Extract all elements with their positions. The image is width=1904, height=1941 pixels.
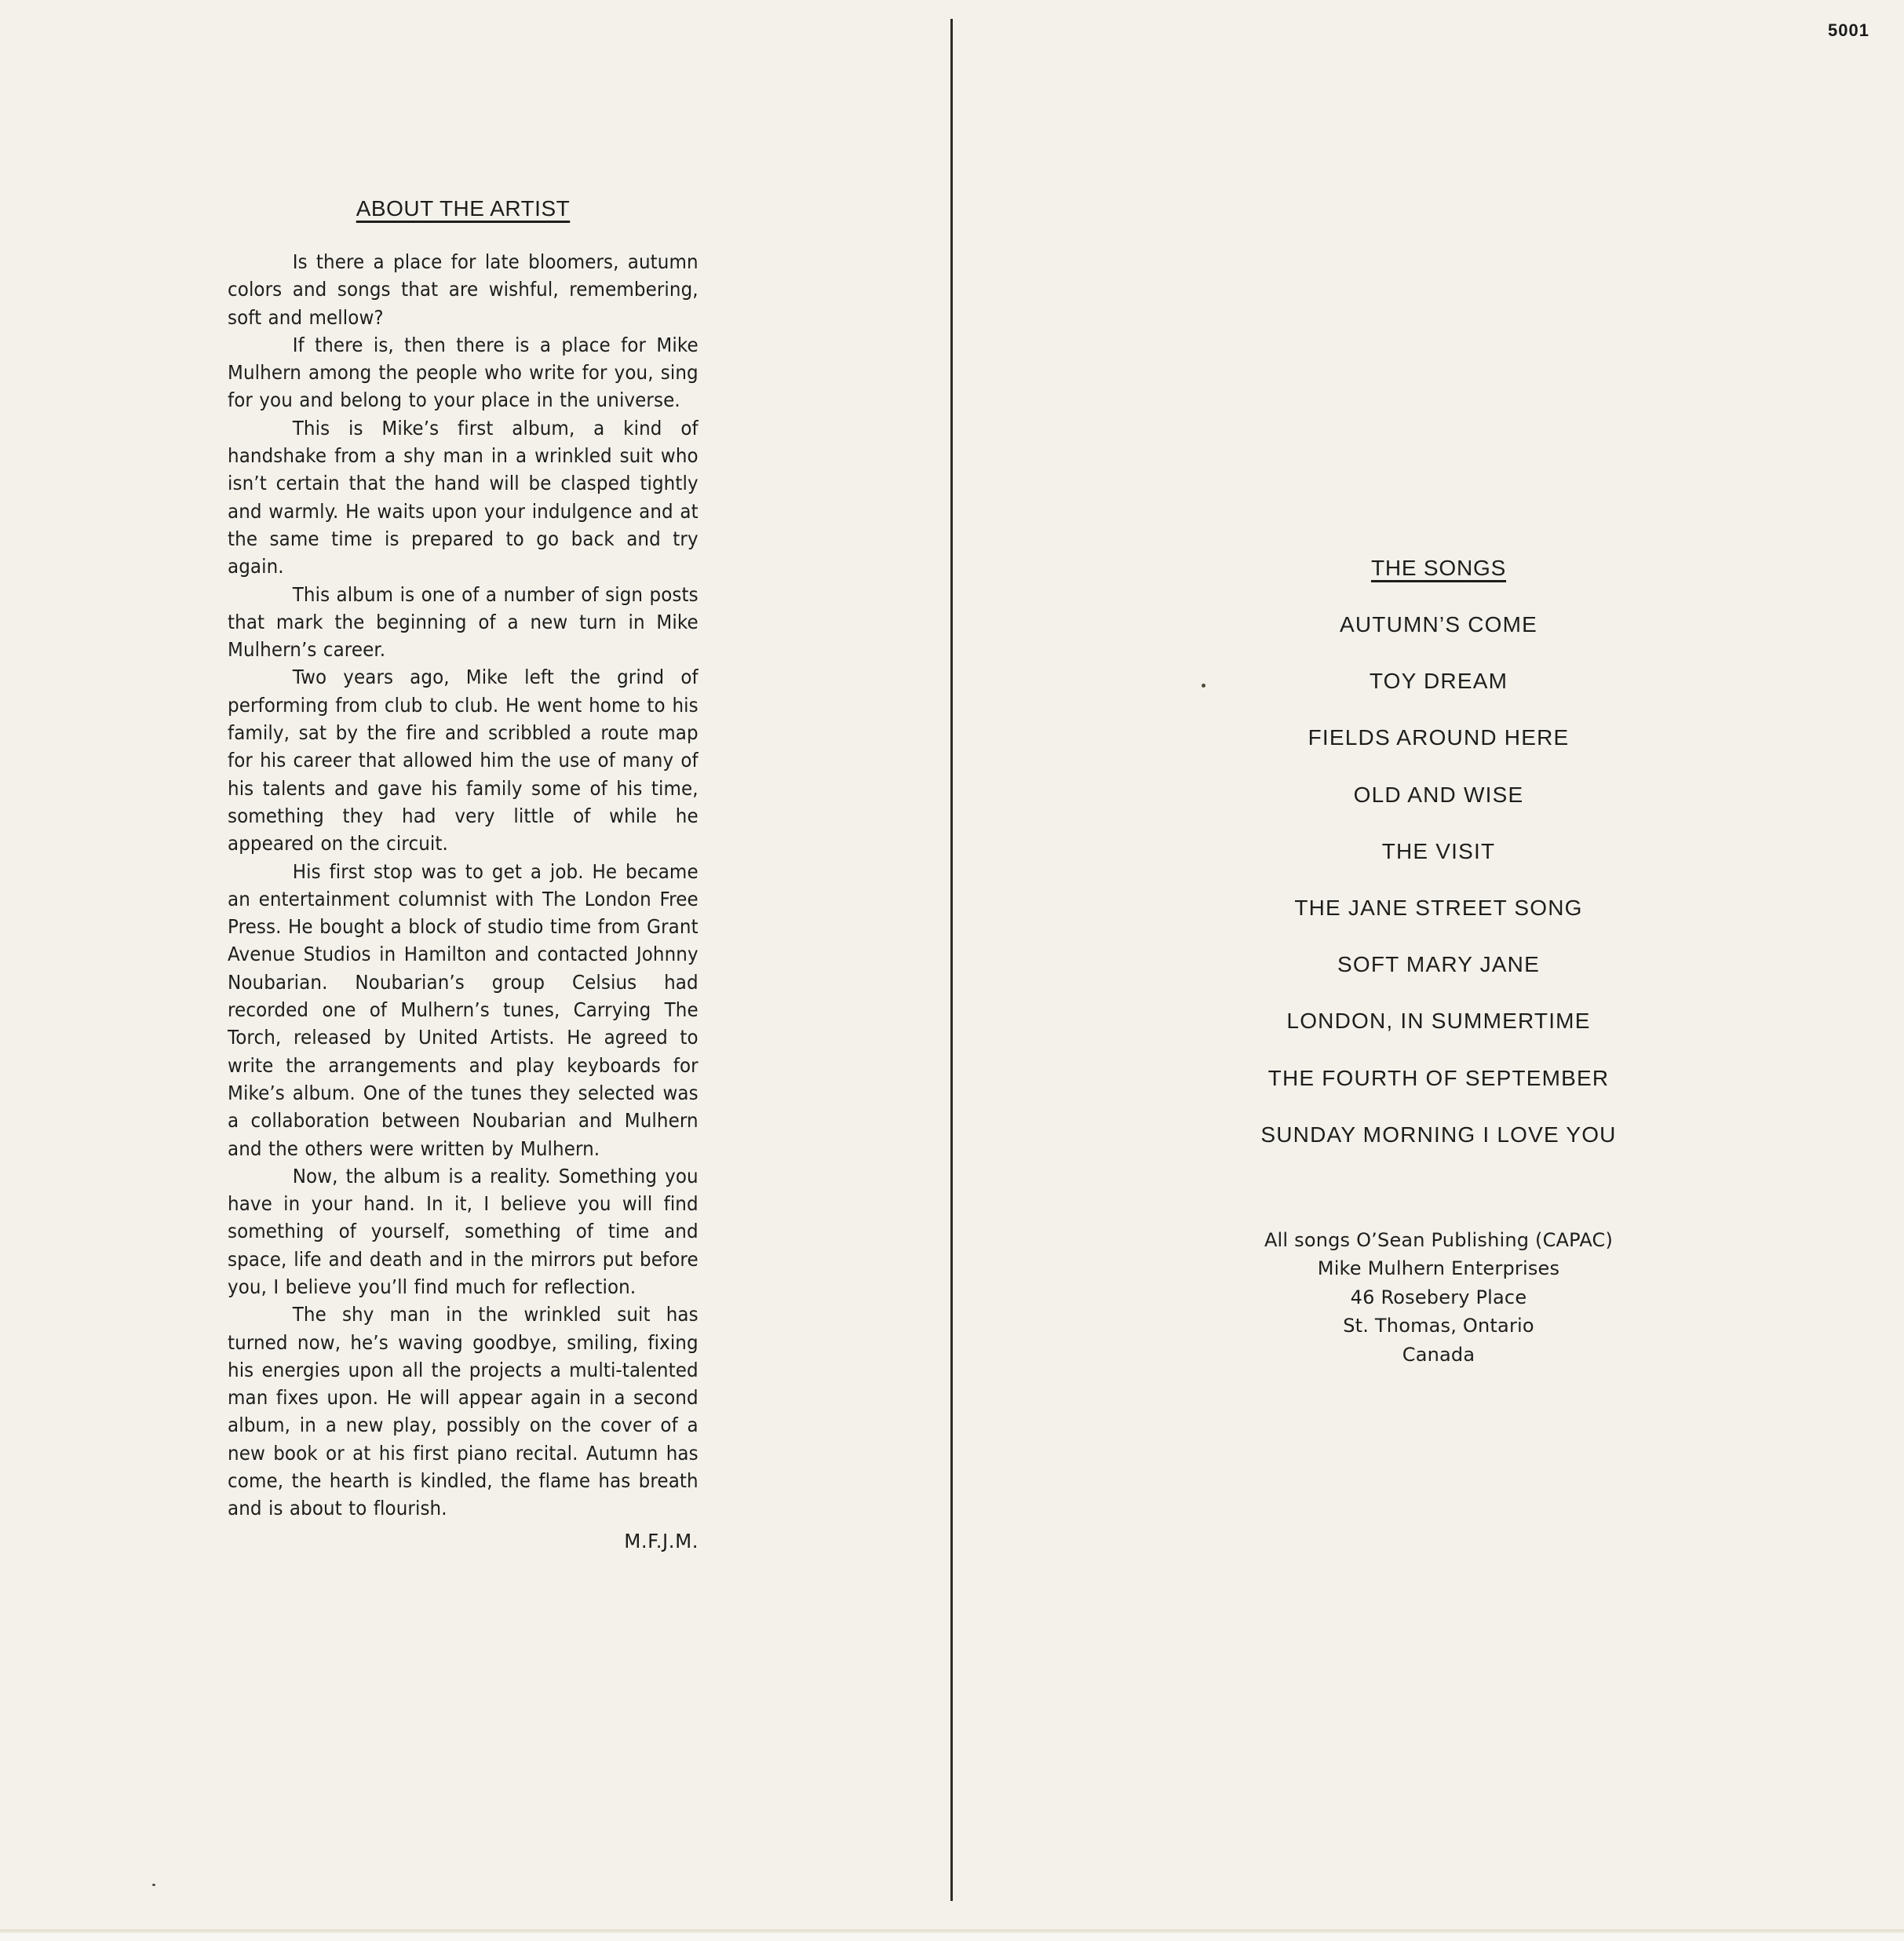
credit-line: St. Thomas, Ontario	[1130, 1312, 1747, 1341]
credit-line: All songs O’Sean Publishing (CAPAC)	[1130, 1226, 1747, 1255]
paper-speck	[1202, 684, 1206, 688]
songs-title: THE SONGS	[1130, 554, 1747, 582]
publishing-credits: All songs O’Sean Publishing (CAPAC) Mike…	[1130, 1226, 1747, 1370]
track-item: LONDON, IN SUMMERTIME	[1130, 1007, 1747, 1064]
about-paragraph: This is Mike’s first album, a kind of ha…	[228, 414, 698, 581]
about-paragraph: Now, the album is a reality. Something y…	[228, 1162, 698, 1301]
track-item: FIELDS AROUND HERE	[1130, 724, 1747, 780]
about-the-artist-section: ABOUT THE ARTIST Is there a place for la…	[228, 196, 698, 1552]
track-item: SUNDAY MORNING I LOVE YOU	[1130, 1121, 1747, 1177]
about-paragraph: His first stop was to get a job. He beca…	[228, 858, 698, 1162]
track-item: OLD AND WISE	[1130, 781, 1747, 837]
credit-line: 46 Rosebery Place	[1130, 1283, 1747, 1312]
album-back-cover: 5001 ABOUT THE ARTIST Is there a place f…	[0, 0, 1904, 1932]
about-title: ABOUT THE ARTIST	[228, 196, 698, 221]
about-body: Is there a place for late bloomers, autu…	[228, 248, 698, 1523]
about-paragraph: This album is one of a number of sign po…	[228, 581, 698, 664]
track-item: TOY DREAM	[1130, 667, 1747, 724]
track-item: THE VISIT	[1130, 837, 1747, 894]
about-paragraph: Two years ago, Mike left the grind of pe…	[228, 663, 698, 857]
credit-line: Mike Mulhern Enterprises	[1130, 1254, 1747, 1283]
about-paragraph: Is there a place for late bloomers, autu…	[228, 248, 698, 331]
track-item: SOFT MARY JANE	[1130, 950, 1747, 1007]
songs-section: THE SONGS AUTUMN’S COME TOY DREAM FIELDS…	[1130, 554, 1747, 1369]
author-signature: M.F.J.M.	[228, 1530, 698, 1552]
catalog-number: 5001	[1828, 20, 1869, 41]
about-paragraph: The shy man in the wrinkled suit has tur…	[228, 1301, 698, 1522]
credit-line: Canada	[1130, 1341, 1747, 1370]
track-item: THE FOURTH OF SEPTEMBER	[1130, 1064, 1747, 1121]
about-paragraph: If there is, then there is a place for M…	[228, 331, 698, 414]
track-item: THE JANE STREET SONG	[1130, 894, 1747, 950]
paper-speck	[152, 1884, 155, 1886]
track-list: AUTUMN’S COME TOY DREAM FIELDS AROUND HE…	[1130, 611, 1747, 1177]
track-item: AUTUMN’S COME	[1130, 611, 1747, 667]
center-divider-line	[950, 19, 953, 1901]
